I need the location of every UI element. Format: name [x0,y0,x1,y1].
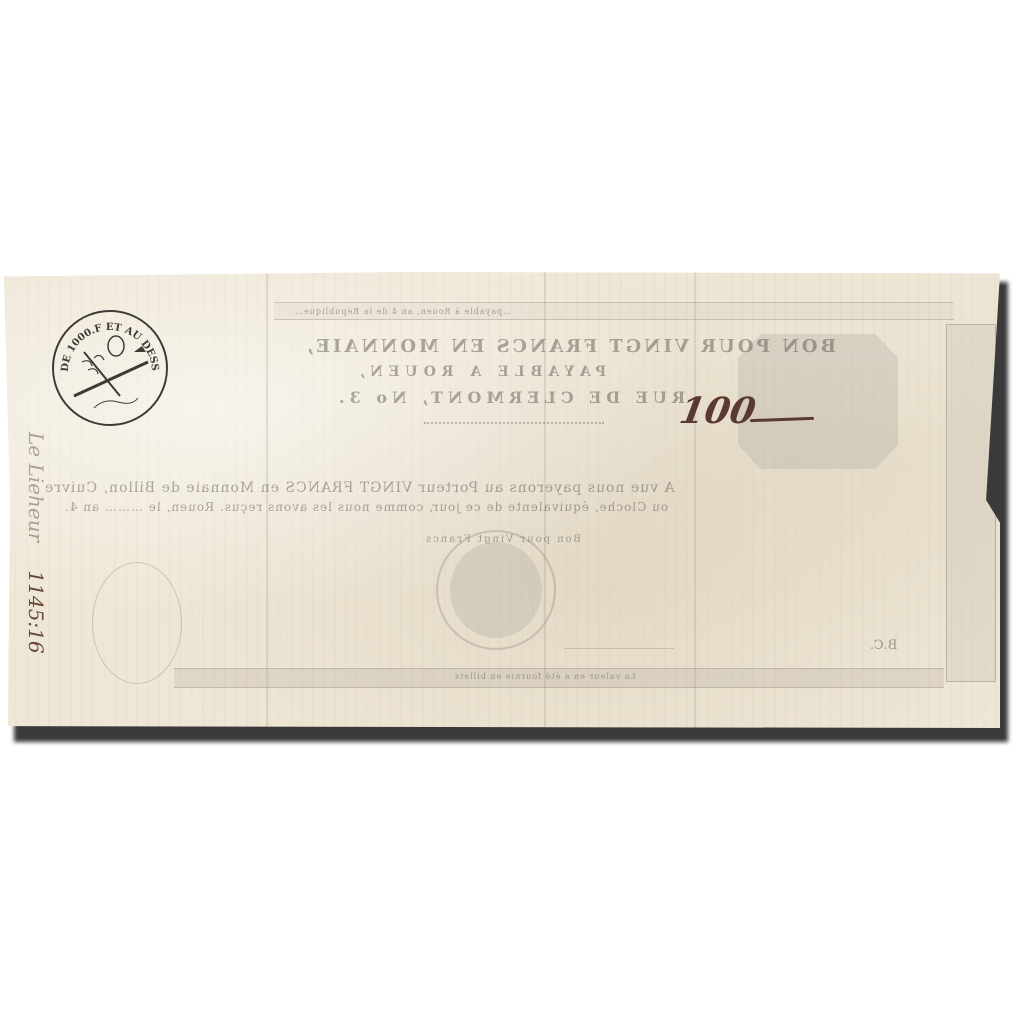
printed-body-line-2: ou Cloche, équivalente de ce jour, comme… [64,500,668,514]
side-note-faint: Le Lieheur [24,432,48,542]
side-note-number: 1145:16 [24,571,48,654]
dry-seal [436,530,556,650]
printed-footer: La valeur en a été fournie en billets [454,672,636,681]
printed-address: RUE DE CLERMONT, No 3. [334,388,685,407]
stamp-emblem-icon: DE 1000.F ET AU DESSOUS 50 CEN. [54,312,166,424]
printed-header-line: …payable à Rouen, an 4 de la République… [294,307,511,316]
tax-stamp: DE 1000.F ET AU DESSOUS 50 CEN. [52,310,168,426]
printed-subtitle: PAYABLE A ROUEN, [354,364,606,380]
serial-mark: B.C. [870,638,897,653]
dotted-rule [424,422,604,424]
printed-title: BON POUR VINGT FRANCS EN MONNAIE, [304,336,836,357]
handwritten-side-note: Le Lieheur 1145:16 [24,432,48,654]
republic-oval-seal [92,562,182,684]
signature-ghost [564,588,674,649]
handwritten-amount: 100 [676,390,759,432]
banknote: …payable à Rouen, an 4 de la République…… [4,272,1000,728]
printed-body-line-1: A vue nous payerons au Porteur VINGT FRA… [44,480,675,496]
